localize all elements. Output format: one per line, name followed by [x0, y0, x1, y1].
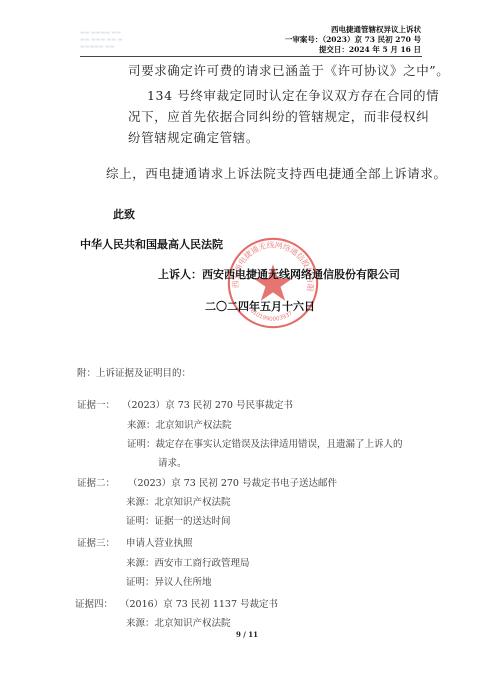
header-title: 西电捷通管辖权异议上诉状 — [331, 25, 421, 35]
appellant-signature: 上诉人：西安西电捷通无线网络通信股份有限公司 — [158, 266, 400, 282]
bleed-through-text: ▬▬ ▬▬▬▬ ▬▬▬▬ ▬▬▬ ▬▬ ▬▬▬▬▬▬ ▬▬ — [80, 30, 160, 51]
signature-date: 二〇二四年五月十六日 — [205, 298, 315, 314]
evidence-label: 证据四： — [75, 596, 113, 610]
evidence-label: 证据一： — [77, 397, 115, 411]
attachments-heading: 附：上诉证据及证明目的： — [77, 365, 191, 379]
evidence-source: 来源：西安市工商行政管理局 — [126, 555, 250, 569]
body-continued-line: 司要求确定许可费的请求已涵盖于《许可协议》之中”。 — [128, 61, 449, 79]
evidence-label: 证据二： — [77, 475, 115, 489]
evidence-title: （2023）京 73 民初 270 号民事裁定书 — [122, 397, 293, 411]
header-submit-date: 提交日：2024 年 5 月 16 日 — [319, 45, 421, 55]
page-number: 9 / 11 — [236, 630, 258, 639]
evidence-title: 申请人营业执照 — [126, 535, 193, 549]
conclusion-text: 综上，西电捷通请求上诉法院支持西电捷通全部上诉请求。 — [106, 164, 447, 182]
evidence-proof: 证明：裁定存在事实认定错误及法律适用错误，且遗漏了上诉人的 — [127, 436, 403, 450]
evidence-proof: 证明：证据一的送达时间 — [126, 513, 231, 527]
company-seal-icon: 西安西电捷通无线网络通信股份有限公司 6101990003937 — [226, 236, 320, 330]
salutation: 此致 — [113, 206, 135, 222]
evidence-label: 证据三： — [77, 535, 115, 549]
evidence-title: （2016）京 73 民初 1137 号裁定书 — [120, 596, 278, 610]
addressee-court: 中华人民共和国最高人民法院 — [80, 236, 223, 252]
body-paragraph-line-3: 纷管辖规定确定管辖。 — [128, 128, 259, 146]
header-case-number: 一审案号：（2023）京 73 民初 270 号 — [285, 35, 421, 45]
header-rule — [80, 56, 422, 57]
evidence-proof-cont: 请求。 — [158, 455, 187, 469]
evidence-title: （2023）京 73 民初 270 号裁定书电子送达邮件 — [128, 475, 337, 489]
evidence-source: 来源：北京知识产权法院 — [126, 494, 231, 508]
evidence-source: 来源：北京知识产权法院 — [127, 417, 232, 431]
body-paragraph-line-1: 134 号终审裁定同时认定在争议双方存在合同的情 — [147, 86, 439, 104]
evidence-source: 来源：北京知识产权法院 — [126, 615, 231, 629]
body-paragraph-line-2: 况下，应首先依据合同纠纷的管辖规定，而非侵权纠 — [128, 107, 429, 125]
evidence-proof: 证明：异议人住所地 — [126, 574, 212, 588]
